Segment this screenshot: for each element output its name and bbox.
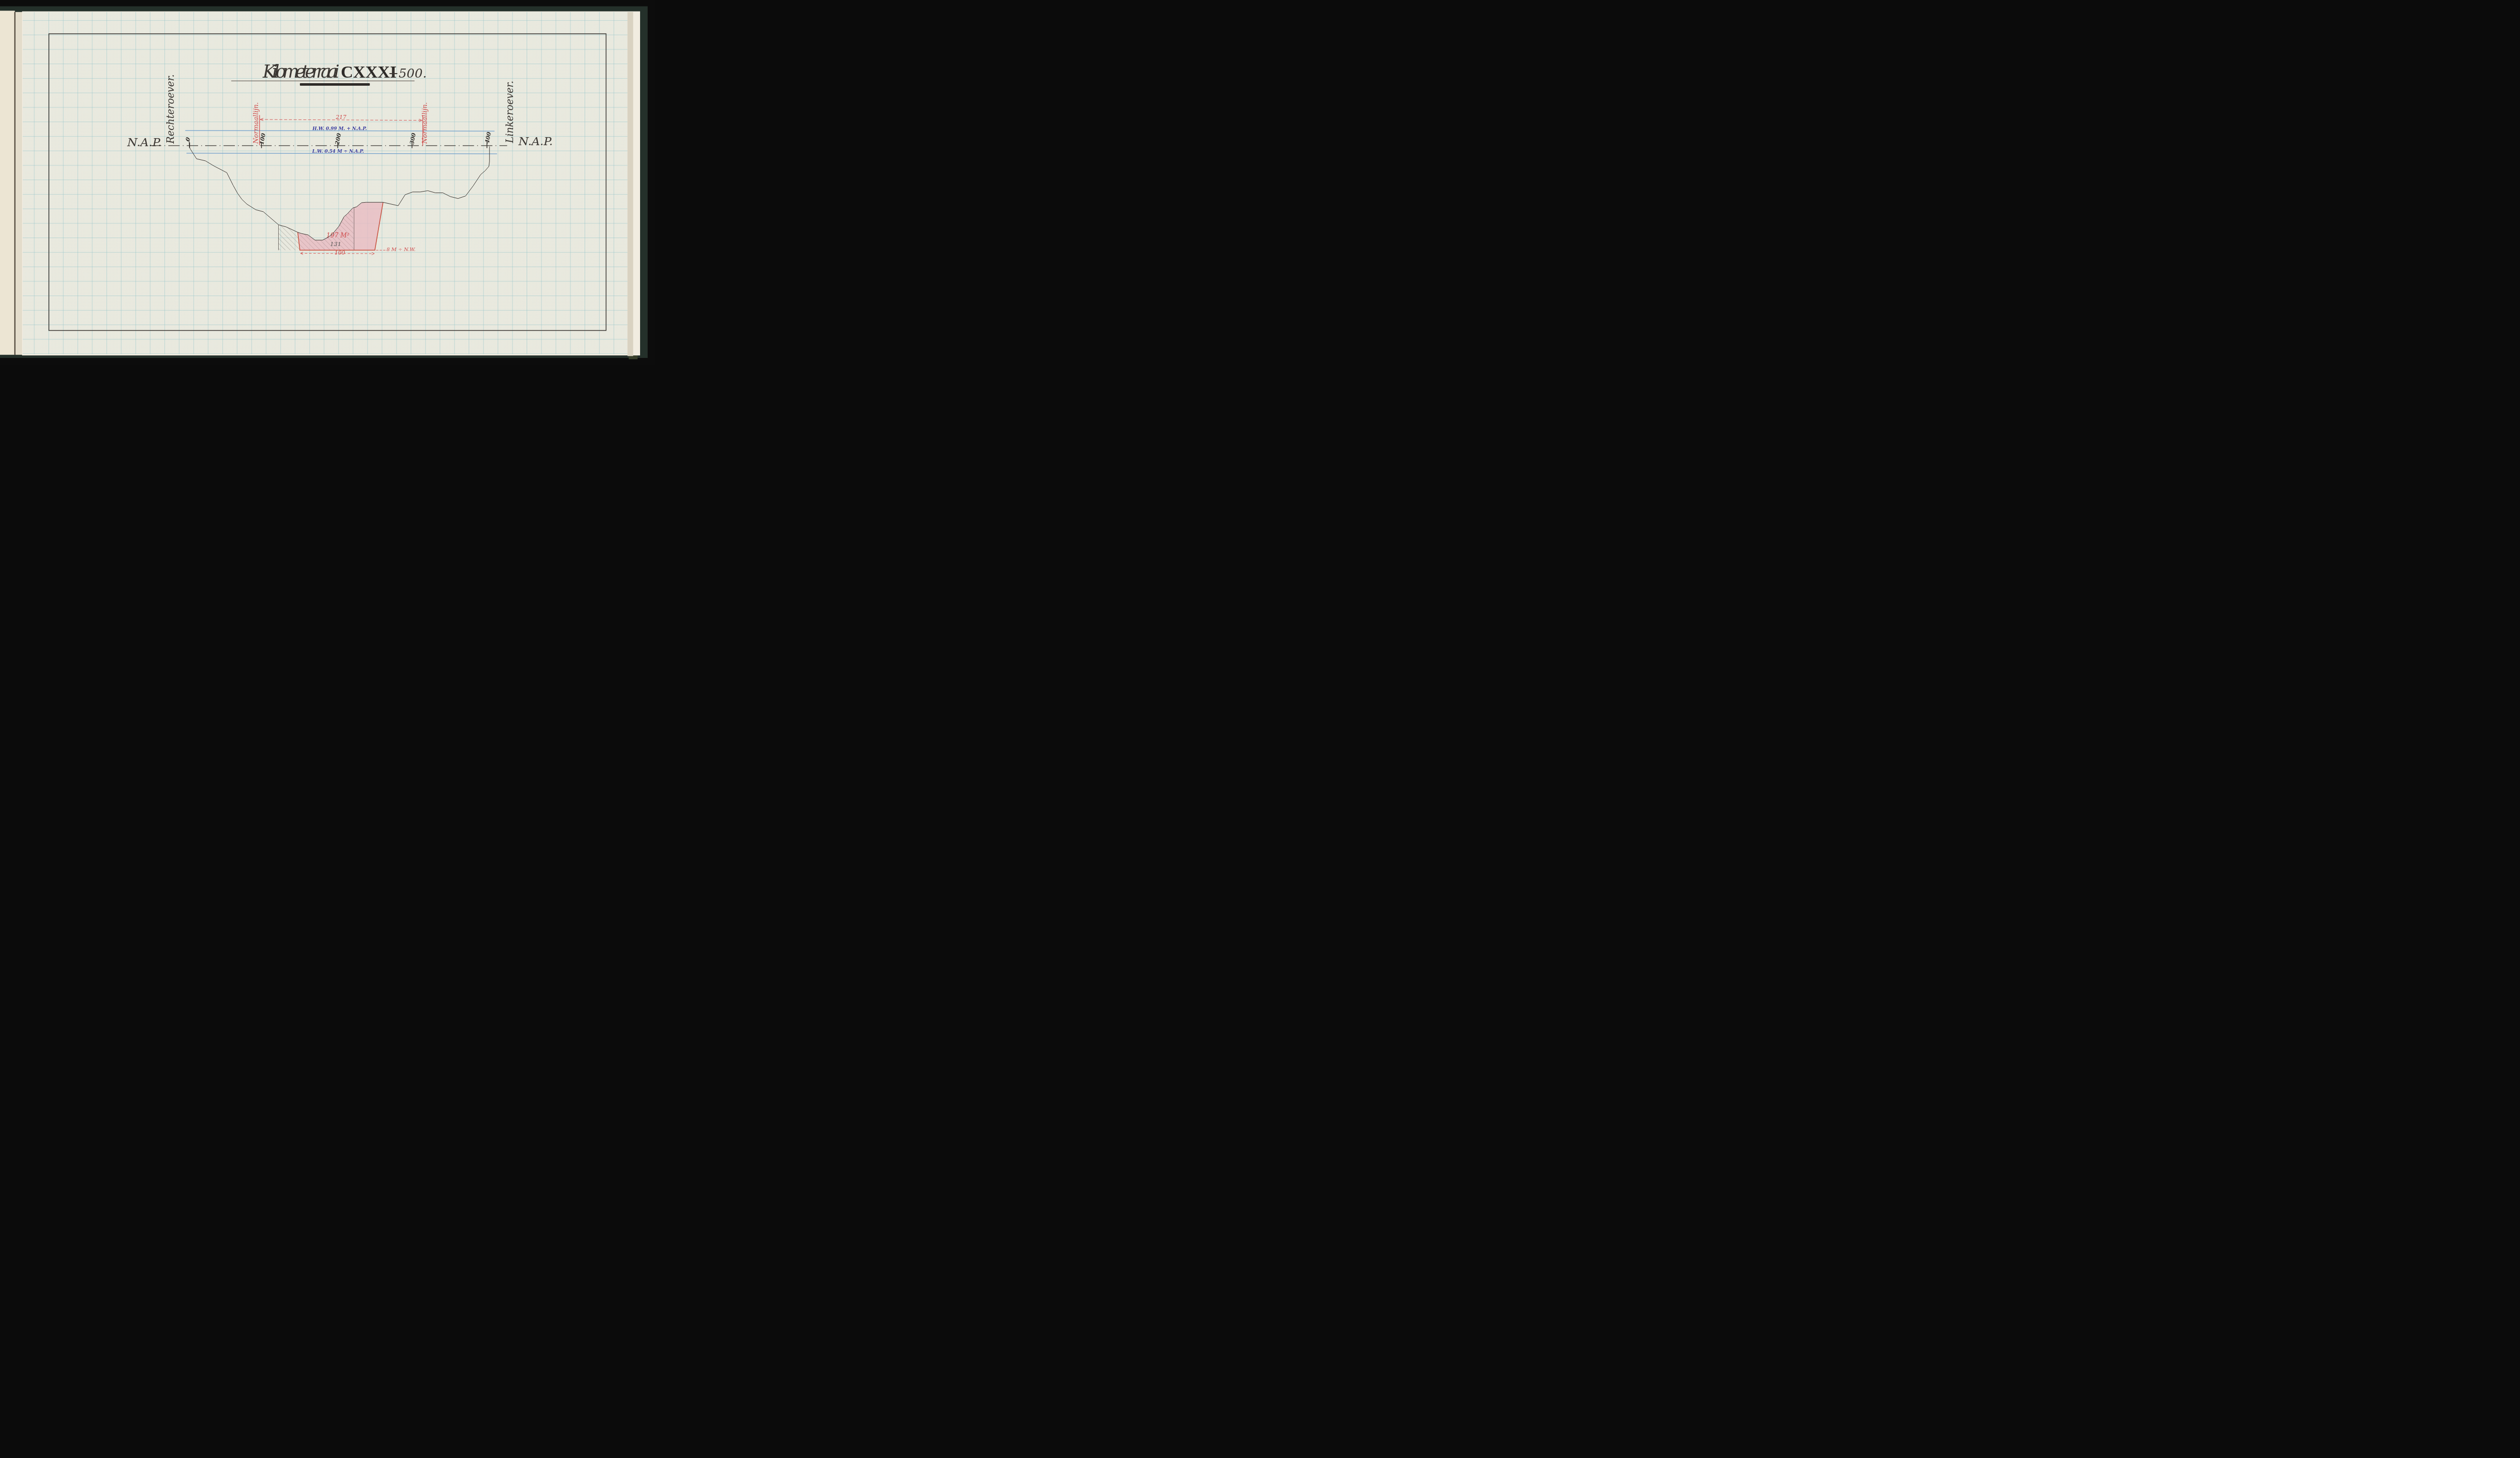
normaallijn-right-label: Normaallijn. bbox=[421, 102, 429, 144]
facing-page bbox=[0, 11, 15, 355]
low-water-label: L.W. 0.54 M ÷ N.A.P. bbox=[312, 149, 364, 154]
title-bar bbox=[300, 83, 370, 86]
area-sub-label: 131 bbox=[330, 240, 341, 248]
channel-width-label: 100 bbox=[335, 250, 345, 256]
normal-width-label: 217 bbox=[335, 114, 346, 120]
gutter-margin bbox=[16, 12, 23, 355]
nap-label-left: N.A.P. bbox=[127, 136, 162, 149]
right-bank-label: Rechteroever. bbox=[165, 74, 176, 144]
drawing-scan: Kilometerraai CXXXI +500. Rechteroever. … bbox=[0, 0, 655, 364]
nap-label-right: N.A.P. bbox=[518, 135, 553, 148]
area-label: 197 M² bbox=[327, 231, 350, 239]
high-water-label: H.W. 0.99 M. + N.A.P. bbox=[312, 127, 367, 132]
page-edge-right bbox=[627, 12, 633, 356]
title-script: Kilometerraai bbox=[262, 62, 340, 82]
normaallijn-left-label: Normaallijn. bbox=[253, 102, 260, 144]
left-bank-label: Linkeroever. bbox=[504, 81, 516, 144]
title-suffix: +500. bbox=[388, 66, 427, 81]
channel-depth-label: 8 M ÷ N.W. bbox=[387, 247, 416, 253]
